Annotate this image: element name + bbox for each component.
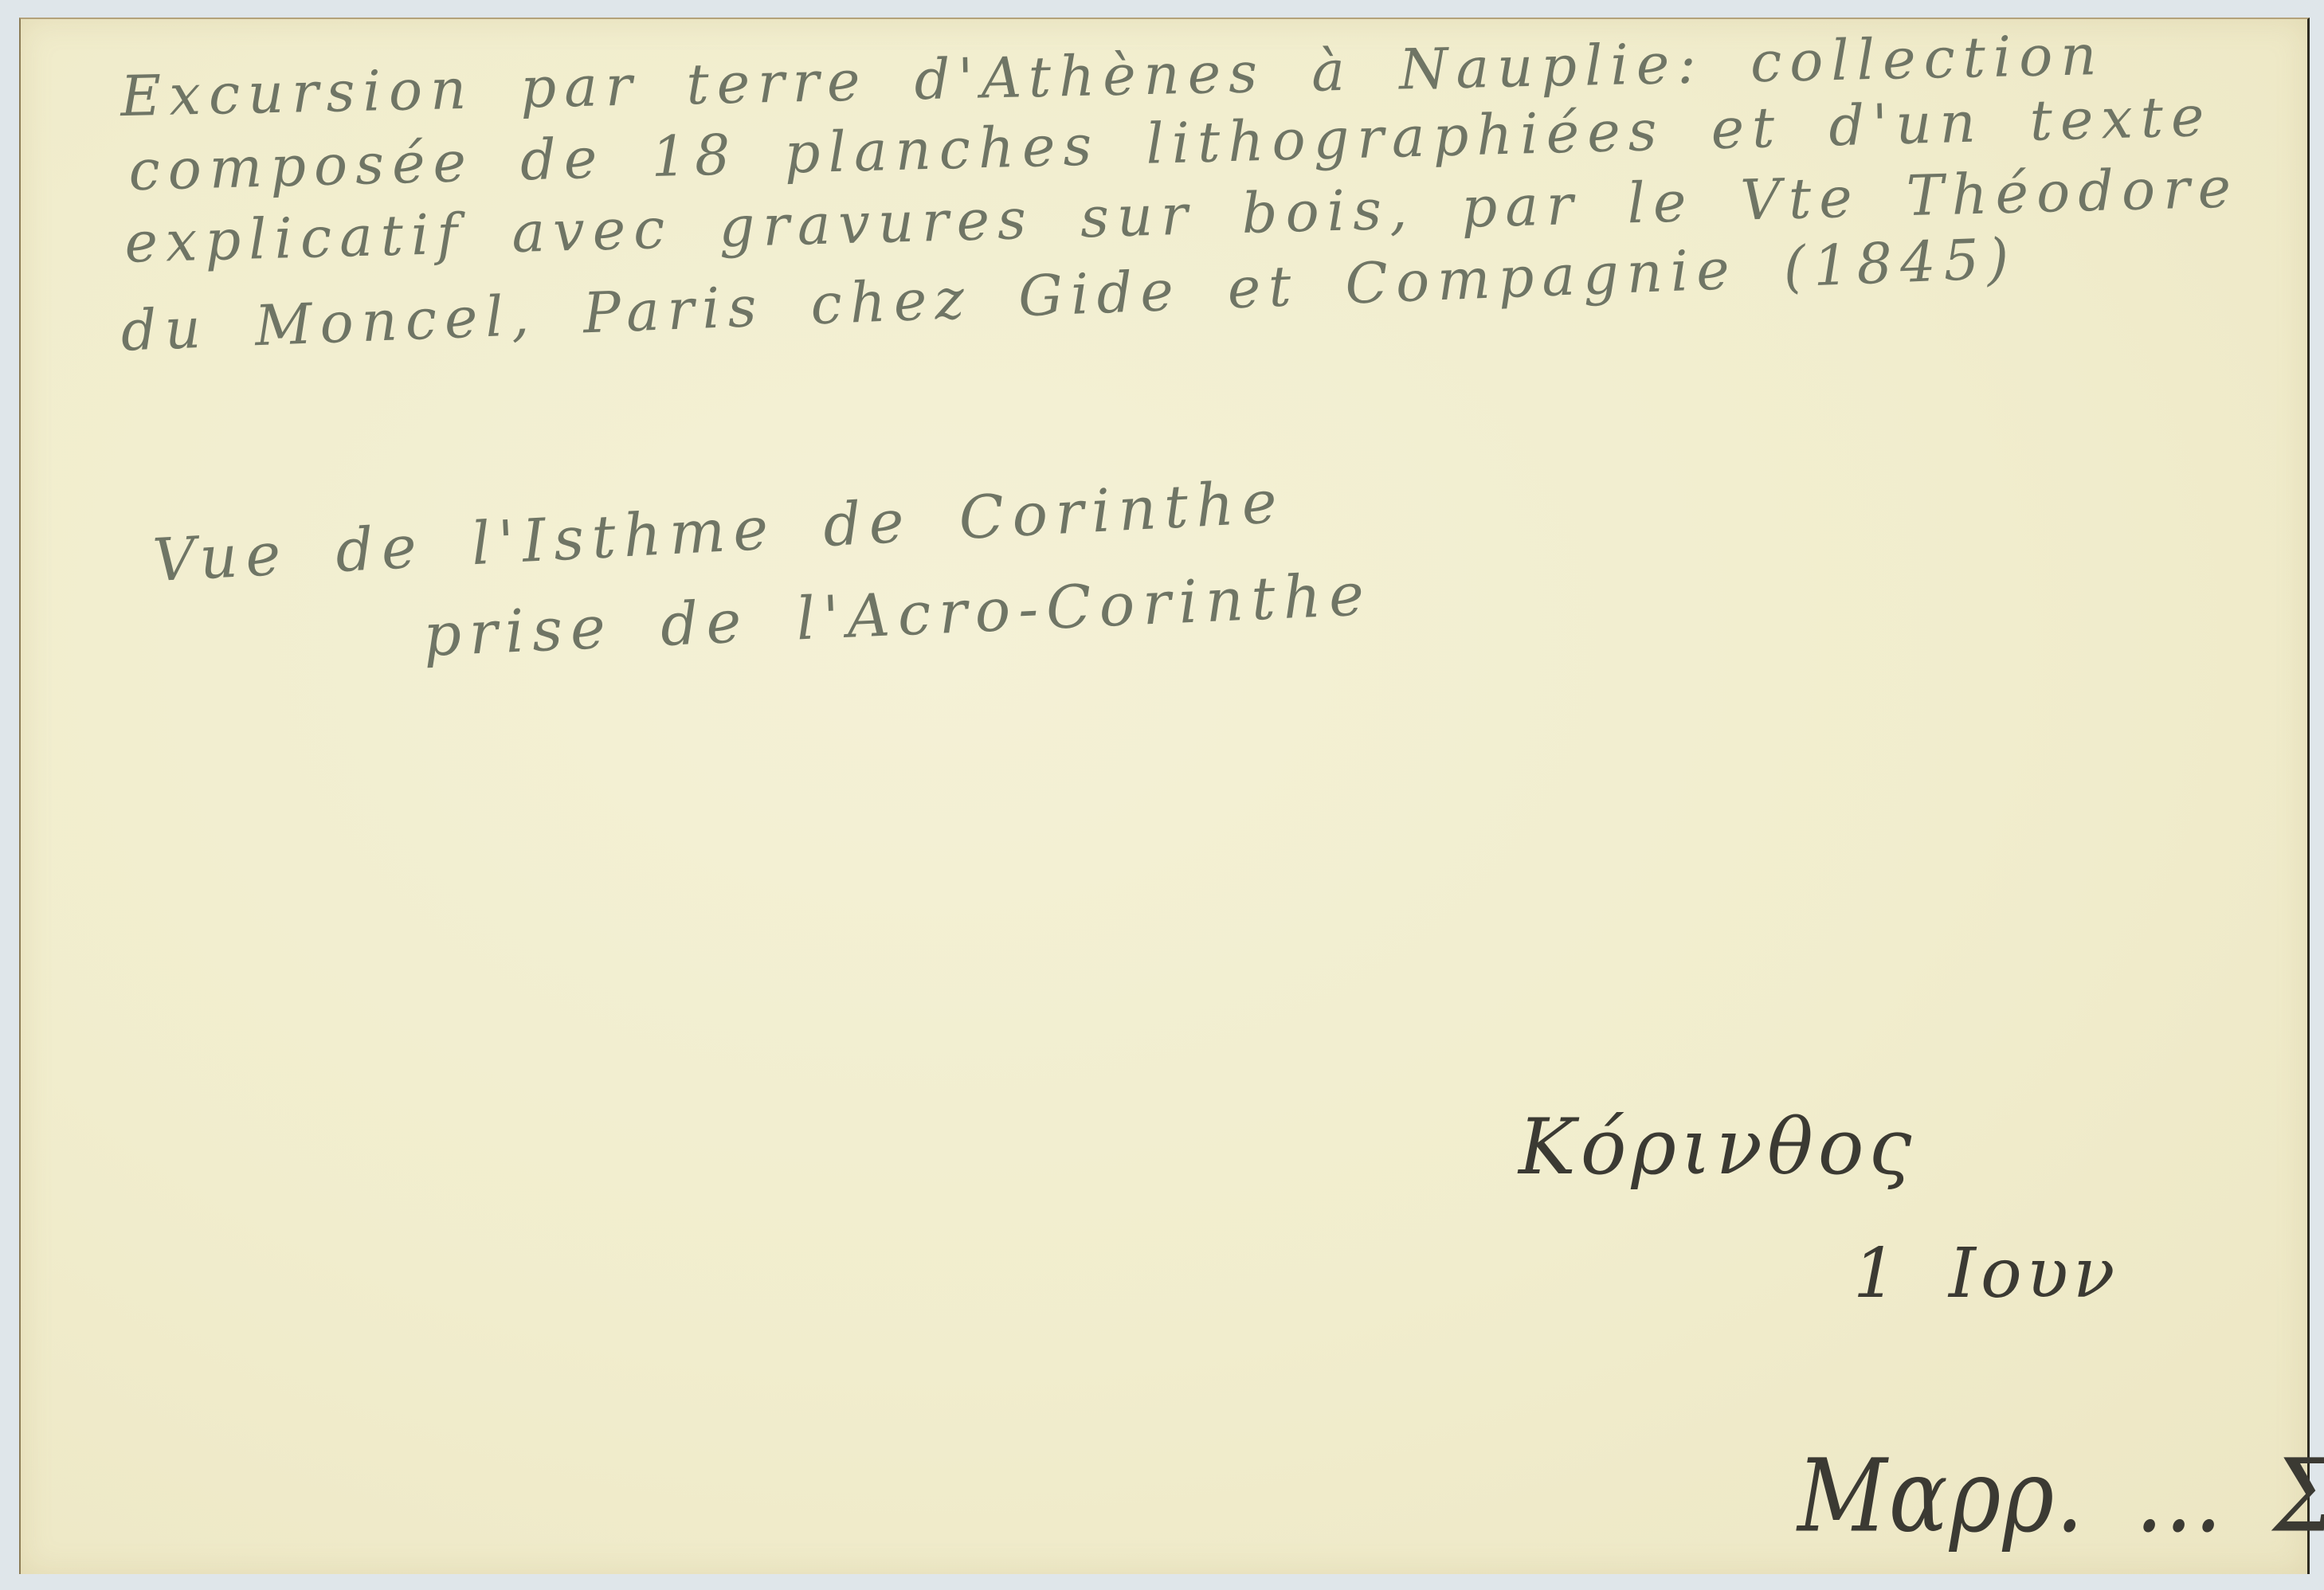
title-line-2: prise de l'Acro-Corinthe	[422, 560, 1374, 670]
location-annotation: Κόρινθος	[1519, 1102, 1916, 1192]
signature: Μαρρ. ... Σχολ	[1797, 1437, 2324, 1554]
document-paper: Excursion par terre d'Athènes à Nauplie:…	[19, 18, 2310, 1574]
date-annotation: 1 Ιουν	[1853, 1234, 2119, 1314]
